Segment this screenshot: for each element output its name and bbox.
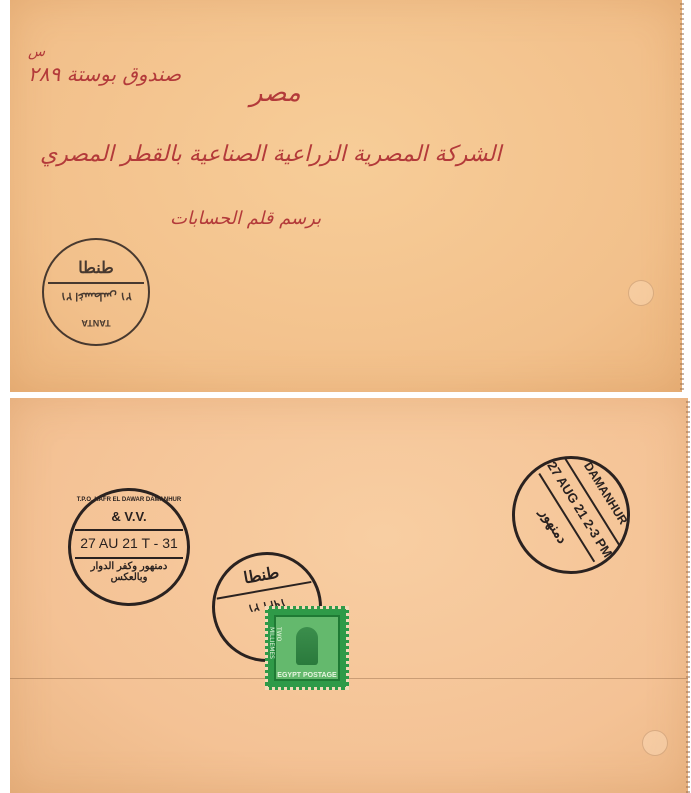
handwriting-prefix: س xyxy=(28,44,45,60)
postmark-arc-text: T.P.O. KAFR EL DAWAR DAMANHUR xyxy=(71,497,187,503)
stamp-value-text: TWO MILLIEMES xyxy=(276,627,282,665)
handwriting-department: برسم قلم الحسابات xyxy=(170,208,321,229)
stamp-frame: TWO MILLIEMES EGYPT POSTAGE xyxy=(274,615,340,681)
perforated-edge xyxy=(680,0,684,392)
stamp-statue-image xyxy=(296,627,318,665)
postmark-city-latin: TANTA xyxy=(44,318,148,328)
postmark-date: 27 AU 21 T - 31 xyxy=(71,535,187,551)
postmark-tanta: طنطا ٢١ اغسطس ٢١ TANTA xyxy=(42,238,150,346)
stamp-country: EGYPT POSTAGE xyxy=(276,672,338,679)
handwriting-city: مصر xyxy=(250,78,301,108)
postage-stamp: TWO MILLIEMES EGYPT POSTAGE xyxy=(265,606,349,690)
postmark-tpo: T.P.O. KAFR EL DAWAR DAMANHUR & V.V. 27 … xyxy=(68,488,190,606)
handwriting-company: الشركة المصرية الزراعية الصناعية بالقطر … xyxy=(40,142,501,167)
postmark-date: 27 AUG 21 2-3 PM xyxy=(544,458,616,561)
punch-hole xyxy=(642,730,668,756)
punch-hole xyxy=(628,280,654,306)
handwriting-po-box: صندوق بوستة ٢٨٩ xyxy=(28,62,181,86)
postmark-arabic: دمنهور وكفر الدوار وبالعكس xyxy=(71,561,187,583)
postmark-subtitle: & V.V. xyxy=(71,509,187,524)
letter-card-front: س صندوق بوستة ٢٨٩ مصر الشركة المصرية الز… xyxy=(10,0,682,392)
fold-line xyxy=(10,678,688,679)
postmark-date: ٢١ اغسطس ٢١ xyxy=(44,290,148,303)
postmark-city-arabic: طنطا xyxy=(44,258,148,278)
perforated-edge xyxy=(686,398,690,793)
